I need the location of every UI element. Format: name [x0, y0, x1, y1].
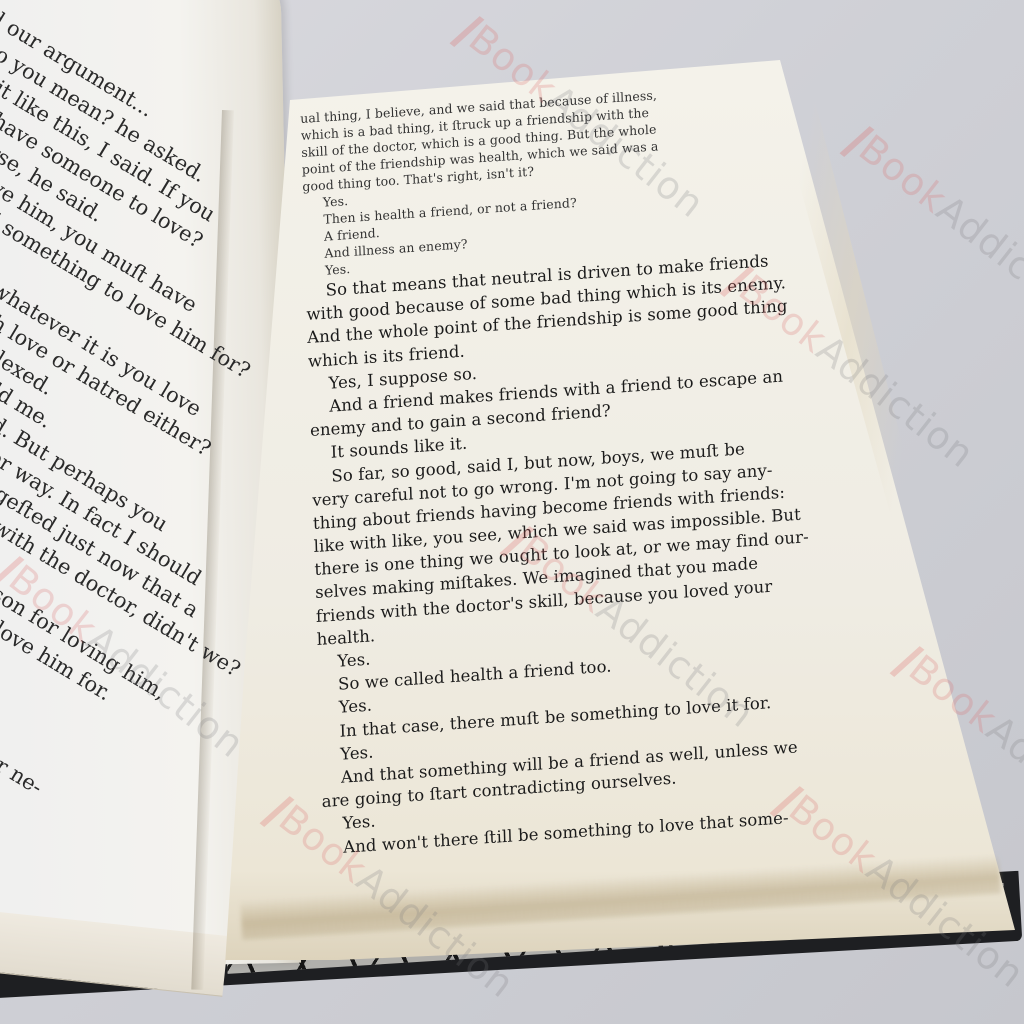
watermark: BookAddiction [843, 120, 1024, 337]
photo-scene: I said our argument... How do you mean? … [0, 0, 1024, 1024]
right-page-text: ual thing, I believe, and we said that b… [300, 77, 818, 860]
